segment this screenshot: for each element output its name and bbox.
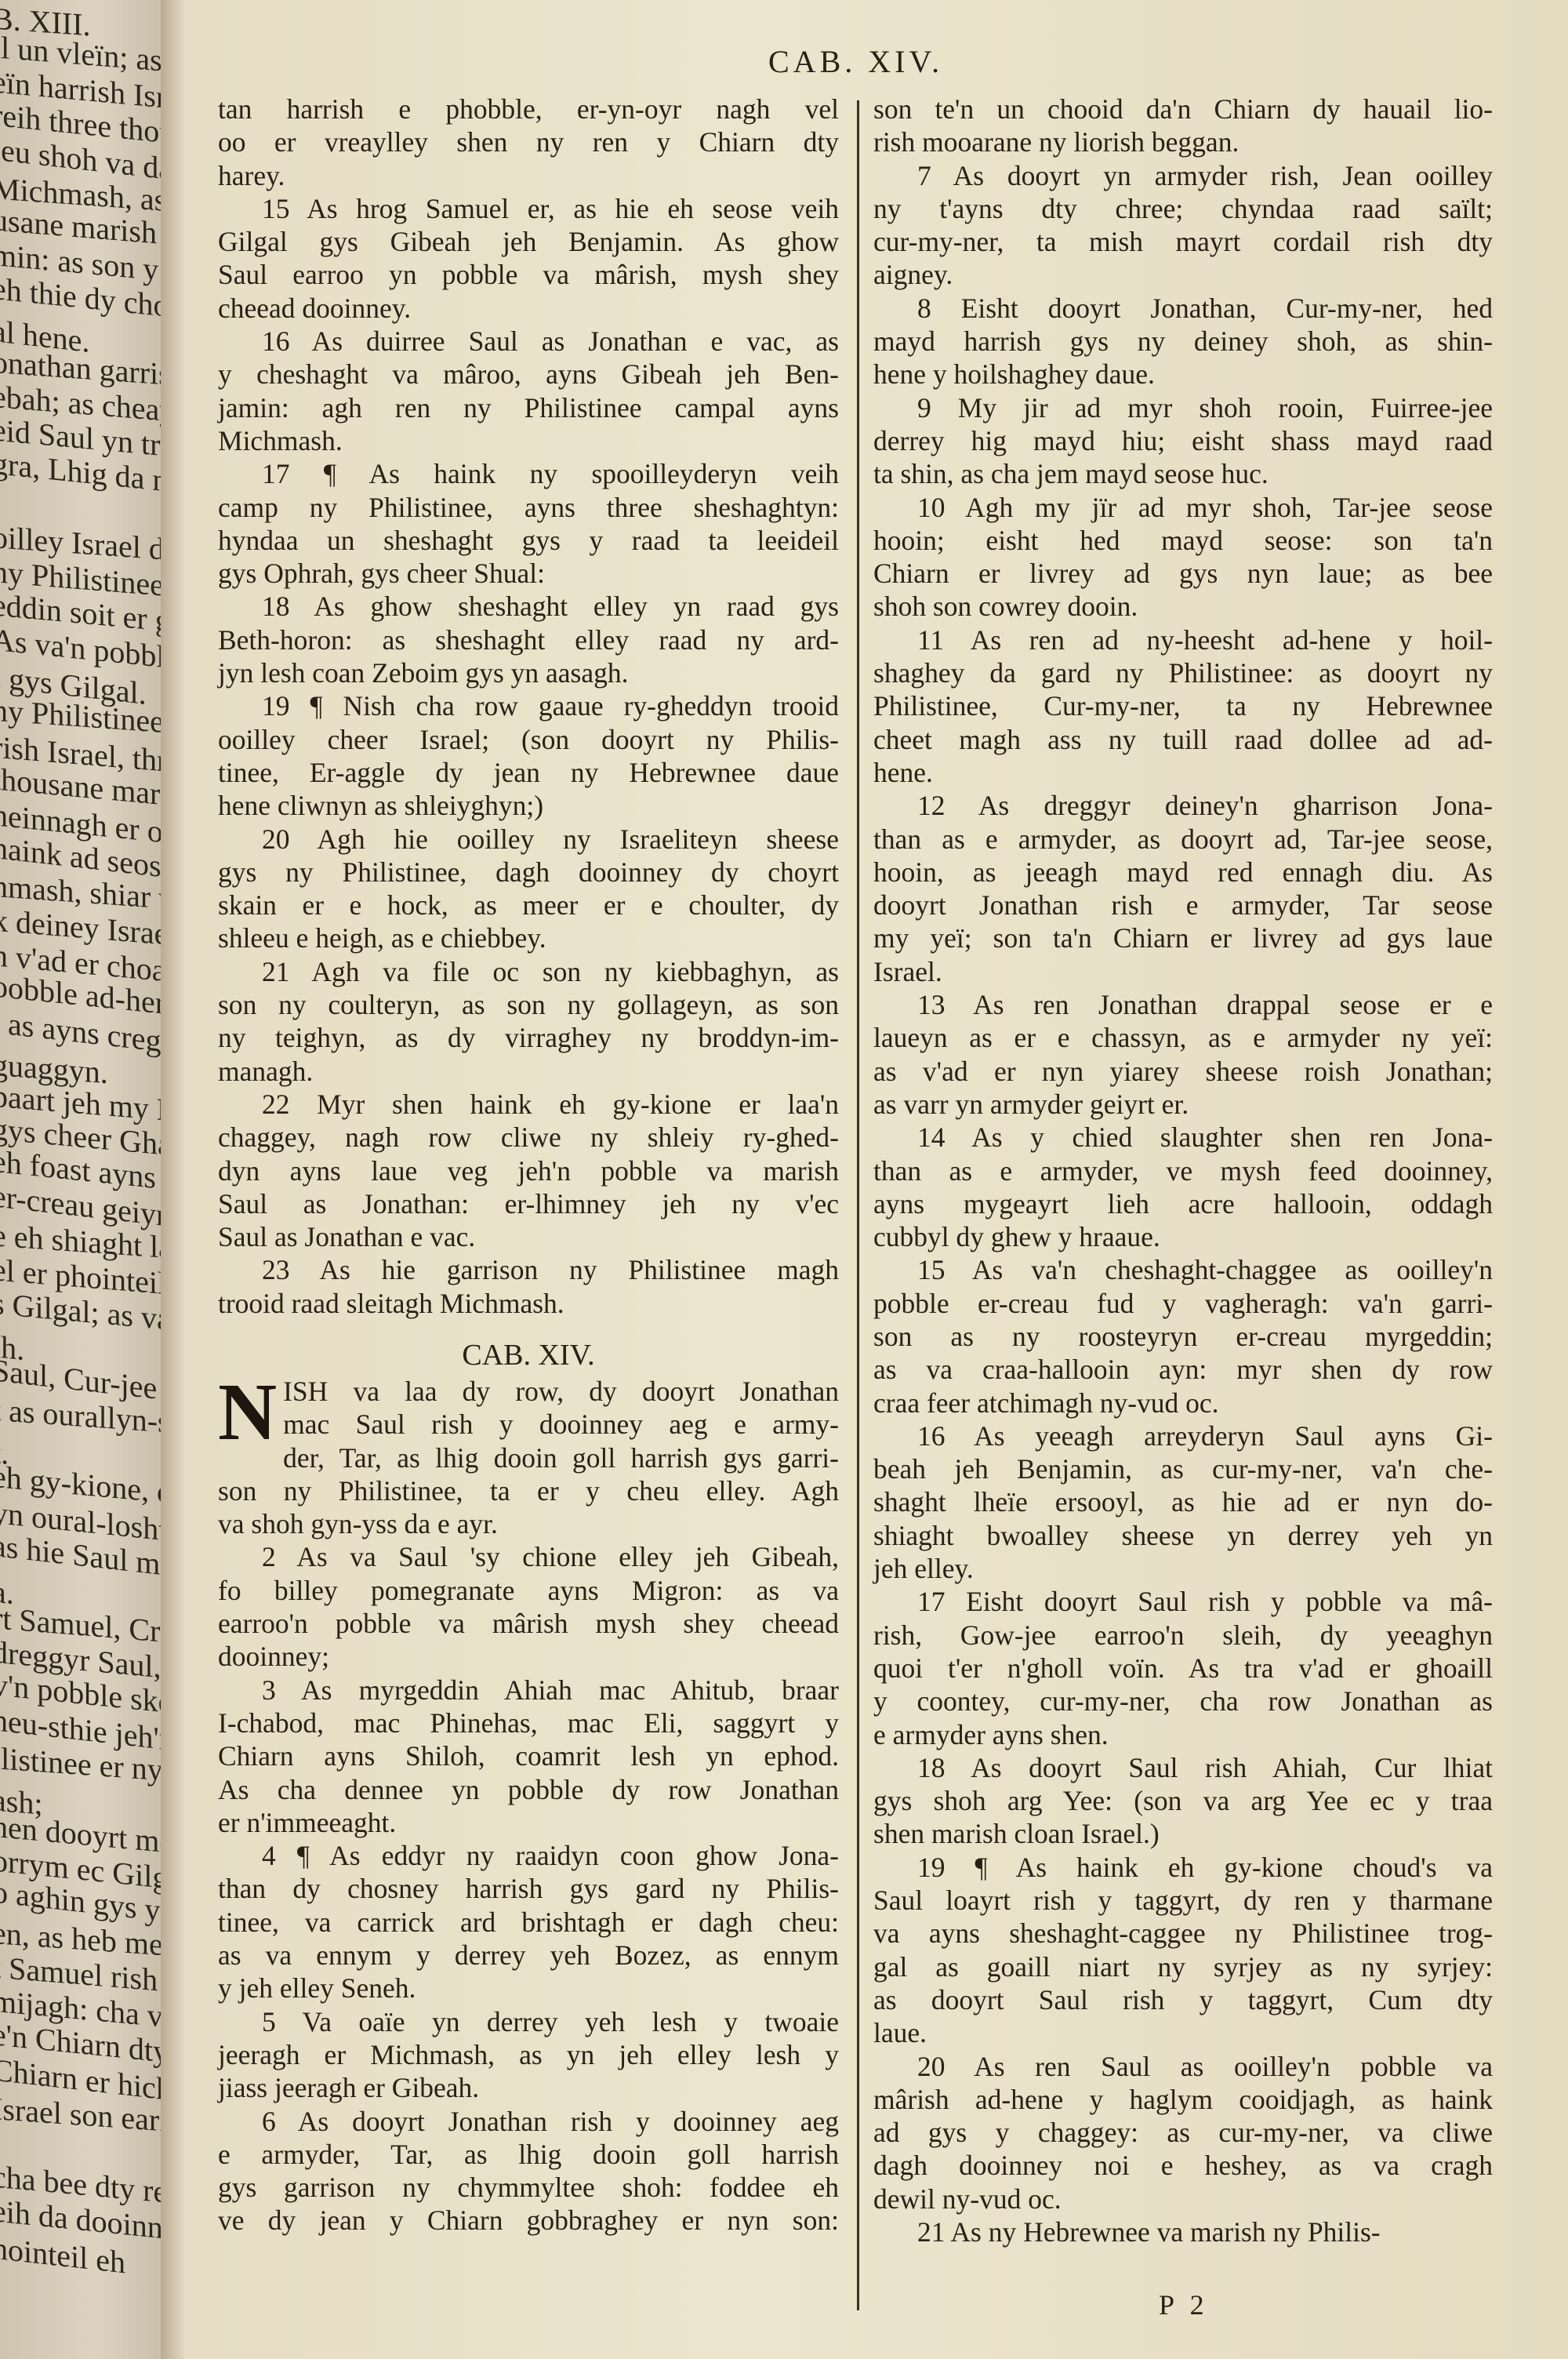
text-line: shleeu e heigh, as e chiebbey. (218, 921, 839, 954)
text-line: ny teighyn, as dy virraghey ny broddyn-i… (218, 1021, 839, 1054)
text-line: my yeï; son ta'n Chiarn er livrey ad gys… (873, 921, 1493, 954)
text-line: 3 As myrgeddin Ahiah mac Ahitub, braar (218, 1674, 839, 1707)
text-line: ta shin, as cha jem mayd seose huc. (873, 457, 1493, 490)
text-line: 18 As ghow sheshaght elley yn raad gys (218, 590, 839, 623)
text-line: jeh elley. (873, 1552, 1493, 1585)
text-line: rish mooarane ny liorish beggan. (873, 125, 1493, 158)
text-line: gys ny Philistinee, dagh dooinney dy cho… (218, 856, 839, 889)
text-line: shaght lheïe ersooyl, as hie ad er nyn d… (873, 1485, 1493, 1518)
book-gutter (161, 0, 184, 2359)
text-line: 20 Agh hie ooilley ny Israeliteyn sheese (218, 823, 839, 856)
text-line: beah jeh Benjamin, as cur-my-ner, va'n c… (873, 1452, 1493, 1485)
text-line: dagh dooinney noi e heshey, as va cragh (873, 2149, 1493, 2182)
text-line: quoi t'er n'gholl voïn. As tra v'ad er g… (873, 1652, 1493, 1685)
text-line: gys shoh arg Yee: (son va arg Yee ec y t… (873, 1784, 1493, 1817)
text-line: 23 As hie garrison ny Philistinee magh (218, 1253, 839, 1286)
text-line: dooyrt Jonathan rish e armyder, Tar seos… (873, 889, 1493, 921)
text-line: Michmash. (218, 424, 839, 457)
text-line: 20 As ren Saul as ooilley'n pobble va (873, 2050, 1493, 2083)
text-line: 14 As y chied slaughter shen ren Jona- (873, 1121, 1493, 1154)
text-line: shaghey da gard ny Philistinee: as dooyr… (873, 656, 1493, 689)
running-head: CAB. XIV. (768, 43, 943, 80)
text-line: jyn lesh coan Zeboim gys yn aasagh. (218, 656, 839, 689)
text-line: hene. (873, 756, 1493, 789)
text-line: gys garrison ny chymmyltee shoh: foddee … (218, 2171, 839, 2204)
text-line: Saul loayrt rish y taggyrt, dy ren y tha… (873, 1884, 1493, 1917)
signature-mark: P 2 (1159, 2288, 1209, 2321)
text-line: 11 As ren ad ny-heesht ad-hene y hoil- (873, 623, 1493, 656)
text-line: 9 My jir ad myr shoh rooin, Fuirree-jee (873, 391, 1493, 424)
text-line: Saul as Jonathan: er-lhimney jeh ny v'ec (218, 1187, 839, 1220)
text-line: e armyder, Tar, as lhig dooin goll harri… (218, 2138, 839, 2171)
text-line: gys Ophrah, gys cheer Shual: (218, 557, 839, 590)
text-line: Beth-horon: as sheshaght elley raad ny a… (218, 623, 839, 656)
text-line: managh. (218, 1055, 839, 1088)
text-line: hene cliwnyn as shleiyghyn;) (218, 789, 839, 822)
facing-page-fragment: B. XIII.ll un vleïn; as tra v'aeïn harri… (0, 0, 161, 2359)
text-line: son ny Philistinee, ta er y cheu elley. … (218, 1474, 839, 1507)
text-line: 16 As yeeagh arreyderyn Saul ayns Gi- (873, 1419, 1493, 1452)
text-line: tan harrish e phobble, er-yn-oyr nagh ve… (218, 93, 839, 125)
text-line: ad gys y chaggey: as cur-my-ner, va cliw… (873, 2116, 1493, 2149)
drop-cap: N (218, 1379, 277, 1445)
text-line: derrey hig mayd hiu; eisht shass mayd ra… (873, 424, 1493, 457)
text-line: as dooyrt Saul rish y taggyrt, Cum dty (873, 1983, 1493, 2016)
text-line: 12 As dreggyr deiney'n gharrison Jona- (873, 789, 1493, 822)
text-line: cur-my-ner, ta mish mayrt cordail rish d… (873, 225, 1493, 258)
text-line: hene y hoilshaghey daue. (873, 358, 1493, 391)
text-line: son ny coulteryn, as son ny gollageyn, a… (218, 988, 839, 1021)
right-column: son te'n un chooid da'n Chiarn dy hauail… (873, 93, 1493, 2248)
text-line: Saul as Jonathan e vac. (218, 1220, 839, 1253)
text-line: camp ny Philistinee, ayns three sheshagh… (218, 491, 839, 524)
text-line: 8 Eisht dooyrt Jonathan, Cur-my-ner, hed (873, 292, 1493, 325)
text-line: 2 As va Saul 'sy chione elley jeh Gibeah… (218, 1540, 839, 1573)
text-line: er n'immeeaght. (218, 1806, 839, 1839)
text-line: der, Tar, as lhig dooin goll harrish gys… (218, 1441, 839, 1474)
text-line: than as e armyder, ve mysh feed dooinney… (873, 1154, 1493, 1187)
text-line: e armyder ayns shen. (873, 1718, 1493, 1751)
text-line: hooin, as jeeagh mayd red ennagh diu. As (873, 856, 1493, 889)
text-line: ny t'ayns dty chree; chyndaa raad saïlt; (873, 192, 1493, 225)
text-line: as va ennym y derrey yeh Bozez, as ennym (218, 1939, 839, 1972)
text-line: laue. (873, 2016, 1493, 2049)
text-line: trooid raad sleitagh Michmash. (218, 1287, 839, 1320)
text-line: 6 As dooyrt Jonathan rish y dooinney aeg (218, 2105, 839, 2138)
text-line: Chiarn er livrey ad gys nyn laue; as bee (873, 557, 1493, 590)
text-line: 15 As va'n cheshaght-chaggee as ooilley'… (873, 1253, 1493, 1286)
text-line: dewil ny-vud oc. (873, 2183, 1493, 2215)
text-line: dyn ayns laue veg jeh'n pobble va marish (218, 1154, 839, 1187)
left-column: tan harrish e phobble, er-yn-oyr nagh ve… (218, 93, 839, 2237)
text-line: harey. (218, 159, 839, 192)
text-line: 15 As hrog Samuel er, as hie eh seose ve… (218, 192, 839, 225)
text-line: 22 Myr shen haink eh gy-kione er laa'n (218, 1088, 839, 1121)
text-line: hyndaa un sheshaght gys y raad ta leeide… (218, 524, 839, 557)
text-line: aigney. (873, 258, 1493, 291)
text-line: Israel. (873, 955, 1493, 988)
text-line: mârish ad-hene y haglym cooidjagh, as ha… (873, 2083, 1493, 2116)
text-line: laueyn as er e chassyn, as e armyder ny … (873, 1021, 1493, 1054)
text-line: as v'ad er nyn yiarey sheese roish Jonat… (873, 1055, 1493, 1088)
text-line: than dy chosney harrish gys gard ny Phil… (218, 1872, 839, 1905)
text-line: earroo'n pobble va mârish mysh shey chee… (218, 1607, 839, 1640)
text-line: oo er vreaylley shen ny ren y Chiarn dty (218, 125, 839, 158)
text-line: dooinney; (218, 1640, 839, 1673)
text-line: chaggey, nagh row cliwe ny shleiy ry-ghe… (218, 1121, 839, 1154)
text-line: Gilgal gys Gibeah jeh Benjamin. As ghow (218, 225, 839, 258)
text-line: 16 As duirree Saul as Jonathan e vac, as (218, 325, 839, 358)
text-line: tinee, Er-aggle dy jean ny Hebrewnee dau… (218, 756, 839, 789)
text-line: as varr yn armyder geiyrt er. (873, 1088, 1493, 1121)
text-line: rish, Gow-jee earroo'n sleih, dy yeeaghy… (873, 1619, 1493, 1652)
text-line: 17 ¶ As haink ny spooilleyderyn veih (218, 457, 839, 490)
text-line: hooin; eisht hed mayd seose: son ta'n (873, 524, 1493, 557)
column-rule (857, 100, 859, 2310)
text-line: gal as goaill niart ny syrjey as ny syrj… (873, 1950, 1493, 1983)
text-line: y jeh elley Seneh. (218, 1972, 839, 2005)
text-line: ayns mygeayrt lieh acre hallooin, oddagh (873, 1187, 1493, 1220)
text-line: cubbyl dy ghew y hraaue. (873, 1220, 1493, 1253)
text-line: 4 ¶ As eddyr ny raaidyn coon ghow Jona- (218, 1839, 839, 1872)
text-line: 5 Va oaïe yn derrey yeh lesh y twoaie (218, 2005, 839, 2038)
text-line: son te'n un chooid da'n Chiarn dy hauail… (873, 93, 1493, 125)
text-line: fo billey pomegranate ayns Migron: as va (218, 1574, 839, 1607)
text-line: shoh son cowrey dooin. (873, 590, 1493, 623)
text-line: Philistinee, Cur-my-ner, ta ny Hebrewnee (873, 689, 1493, 722)
text-line: ISH va laa dy row, dy dooyrt Jonathan (218, 1375, 839, 1408)
text-line: y coontey, cur-my-ner, cha row Jonathan … (873, 1685, 1493, 1717)
chapter-heading: CAB. XIV. (218, 1331, 839, 1375)
text-line: y cheshaght va mâroo, ayns Gibeah jeh Be… (218, 358, 839, 391)
text-line: jeeragh er Michmash, as yn jeh elley les… (218, 2038, 839, 2071)
text-line: ooilley cheer Israel; (son dooyrt ny Phi… (218, 723, 839, 756)
text-line: son as ny roosteyryn er-creau myrgeddin; (873, 1320, 1493, 1353)
text-line: 13 As ren Jonathan drappal seose er e (873, 988, 1493, 1021)
text-line: 21 As ny Hebrewnee va marish ny Philis- (873, 2215, 1493, 2248)
text-line: 7 As dooyrt yn armyder rish, Jean ooille… (873, 159, 1493, 192)
text-line: As cha dennee yn pobble dy row Jonathan (218, 1773, 839, 1806)
text-line: shen marish cloan Israel.) (873, 1817, 1493, 1850)
text-line: tinee, va carrick ard brishtagh er dagh … (218, 1906, 839, 1939)
text-line: 18 As dooyrt Saul rish Ahiah, Cur lhiat (873, 1751, 1493, 1784)
text-line: pobble er-creau fud y vagheragh: va'n ga… (873, 1287, 1493, 1320)
text-line: cheet magh ass ny tuill raad dollee ad a… (873, 723, 1493, 756)
text-line: ve dy jean y Chiarn gobbraghey er nyn so… (218, 2204, 839, 2237)
text-line: skain er e hock, as meer er e choulter, … (218, 889, 839, 921)
text-line: 17 Eisht dooyrt Saul rish y pobble va mâ… (873, 1585, 1493, 1618)
text-line: 19 ¶ Nish cha row gaaue ry-gheddyn trooi… (218, 689, 839, 722)
text-line: mac Saul rish y dooinney aeg e army- (218, 1408, 839, 1441)
text-line: 21 Agh va file oc son ny kiebbaghyn, as (218, 955, 839, 988)
text-line: shiaght bwoalley sheese yn derrey yeh yn (873, 1519, 1493, 1552)
text-line: as va craa-hallooin ayn: myr shen dy row (873, 1353, 1493, 1386)
text-line: jamin: agh ren ny Philistinee campal ayn… (218, 391, 839, 424)
text-line: jiass jeeragh er Gibeah. (218, 2071, 839, 2104)
text-line: I-chabod, mac Phinehas, mac Eli, saggyrt… (218, 1707, 839, 1739)
text-line: Chiarn ayns Shiloh, coamrit lesh yn epho… (218, 1739, 839, 1772)
text-line: 19 ¶ As haink eh gy-kione choud's va (873, 1851, 1493, 1884)
text-line: craa feer atchimagh ny-vud oc. (873, 1387, 1493, 1419)
text-line: than as e armyder, as dooyrt ad, Tar-jee… (873, 823, 1493, 856)
text-line: 10 Agh my jïr ad myr shoh, Tar-jee seose (873, 491, 1493, 524)
text-line: mayd harrish gys ny deiney shoh, as shin… (873, 325, 1493, 358)
text-line: va shoh gyn-yss da e ayr. (218, 1507, 839, 1540)
text-line: cheead dooinney. (218, 292, 839, 325)
text-line: Saul earroo yn pobble va mârish, mysh sh… (218, 258, 839, 291)
text-line: va ayns sheshaght-caggee ny Philistinee … (873, 1917, 1493, 1950)
